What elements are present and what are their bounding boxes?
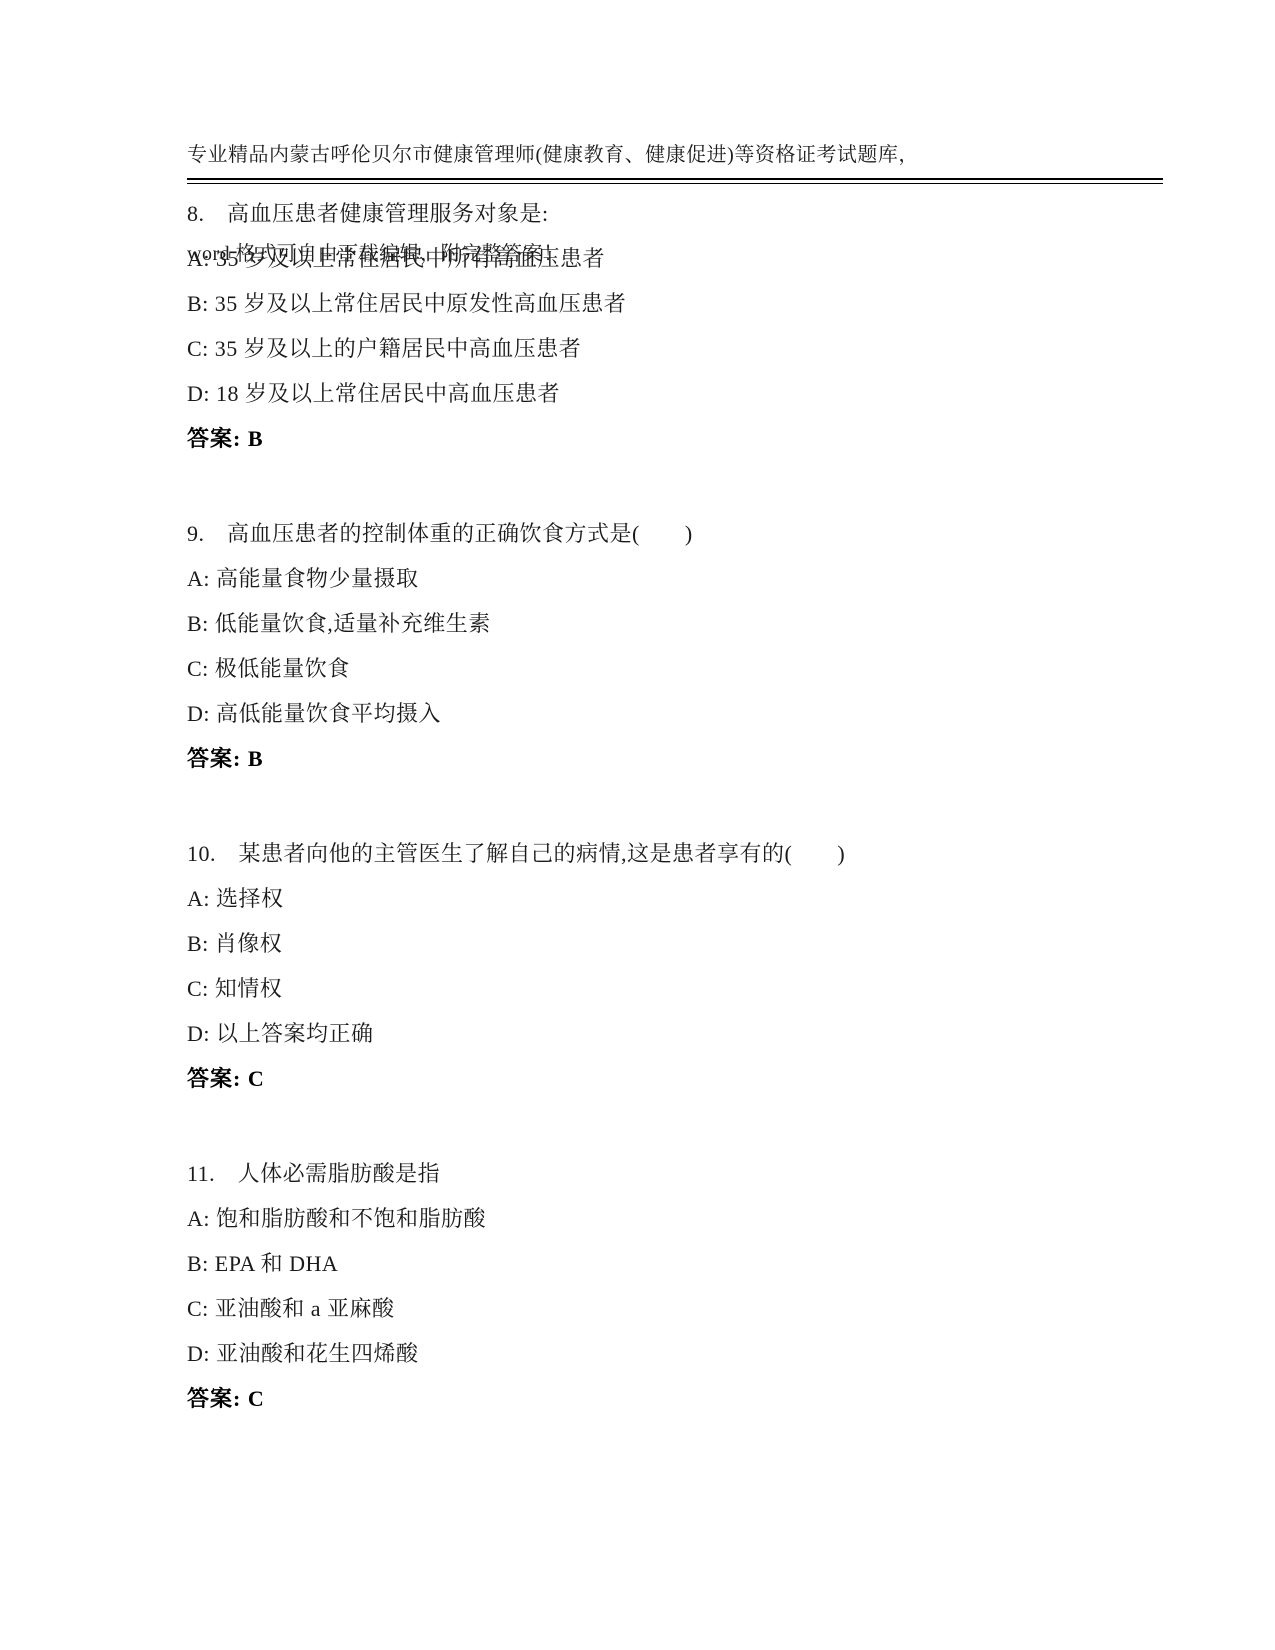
option-line-d: D: 以上答案均正确 [187,1011,1187,1056]
option-line-c: C: 亚油酸和 a 亚麻酸 [187,1286,1187,1331]
option-line-b: B: 低能量饮食,适量补充维生素 [187,601,1187,646]
option-line-a: A: 选择权 [187,876,1187,921]
option-line-a: A: 饱和脂肪酸和不饱和脂肪酸 [187,1196,1187,1241]
document-page: 专业精品内蒙古呼伦贝尔市健康管理师(健康教育、健康促进)等资格证考试题库， wo… [0,0,1275,1650]
header-divider [187,178,1163,184]
option-line-c: C: 极低能量饮食 [187,646,1187,691]
question-block-8: 8. 高血压患者健康管理服务对象是: A: 35 岁及以上常住居民中所有高血压患… [187,191,1187,461]
option-line-d: D: 18 岁及以上常住居民中高血压患者 [187,371,1187,416]
question-stem: 11. 人体必需脂肪酸是指 [187,1151,1187,1196]
question-block-11: 11. 人体必需脂肪酸是指 A: 饱和脂肪酸和不饱和脂肪酸 B: EPA 和 D… [187,1151,1187,1421]
option-line-a: A: 高能量食物少量摄取 [187,556,1187,601]
question-block-9: 9. 高血压患者的控制体重的正确饮食方式是( ) A: 高能量食物少量摄取 B:… [187,511,1187,781]
question-list: 8. 高血压患者健康管理服务对象是: A: 35 岁及以上常住居民中所有高血压患… [187,191,1187,1421]
question-block-10: 10. 某患者向他的主管医生了解自己的病情,这是患者享有的( ) A: 选择权 … [187,831,1187,1101]
answer-line: 答案: B [187,736,1187,781]
answer-line: 答案: B [187,416,1187,461]
question-stem: 9. 高血压患者的控制体重的正确饮食方式是( ) [187,511,1187,556]
option-line-b: B: 35 岁及以上常住居民中原发性高血压患者 [187,281,1187,326]
option-line-c: C: 35 岁及以上的户籍居民中高血压患者 [187,326,1187,371]
answer-line: 答案: C [187,1056,1187,1101]
question-stem: 8. 高血压患者健康管理服务对象是: [187,191,1187,236]
option-line-a: A: 35 岁及以上常住居民中所有高血压患者 [187,236,1187,281]
option-line-c: C: 知情权 [187,966,1187,1011]
option-line-b: B: EPA 和 DHA [187,1241,1187,1286]
option-line-d: D: 高低能量饮食平均摄入 [187,691,1187,736]
answer-line: 答案: C [187,1376,1187,1421]
header-line-1: 专业精品内蒙古呼伦贝尔市健康管理师(健康教育、健康促进)等资格证考试题库， [187,139,1107,172]
option-line-b: B: 肖像权 [187,921,1187,966]
question-stem: 10. 某患者向他的主管医生了解自己的病情,这是患者享有的( ) [187,831,1187,876]
option-line-d: D: 亚油酸和花生四烯酸 [187,1331,1187,1376]
